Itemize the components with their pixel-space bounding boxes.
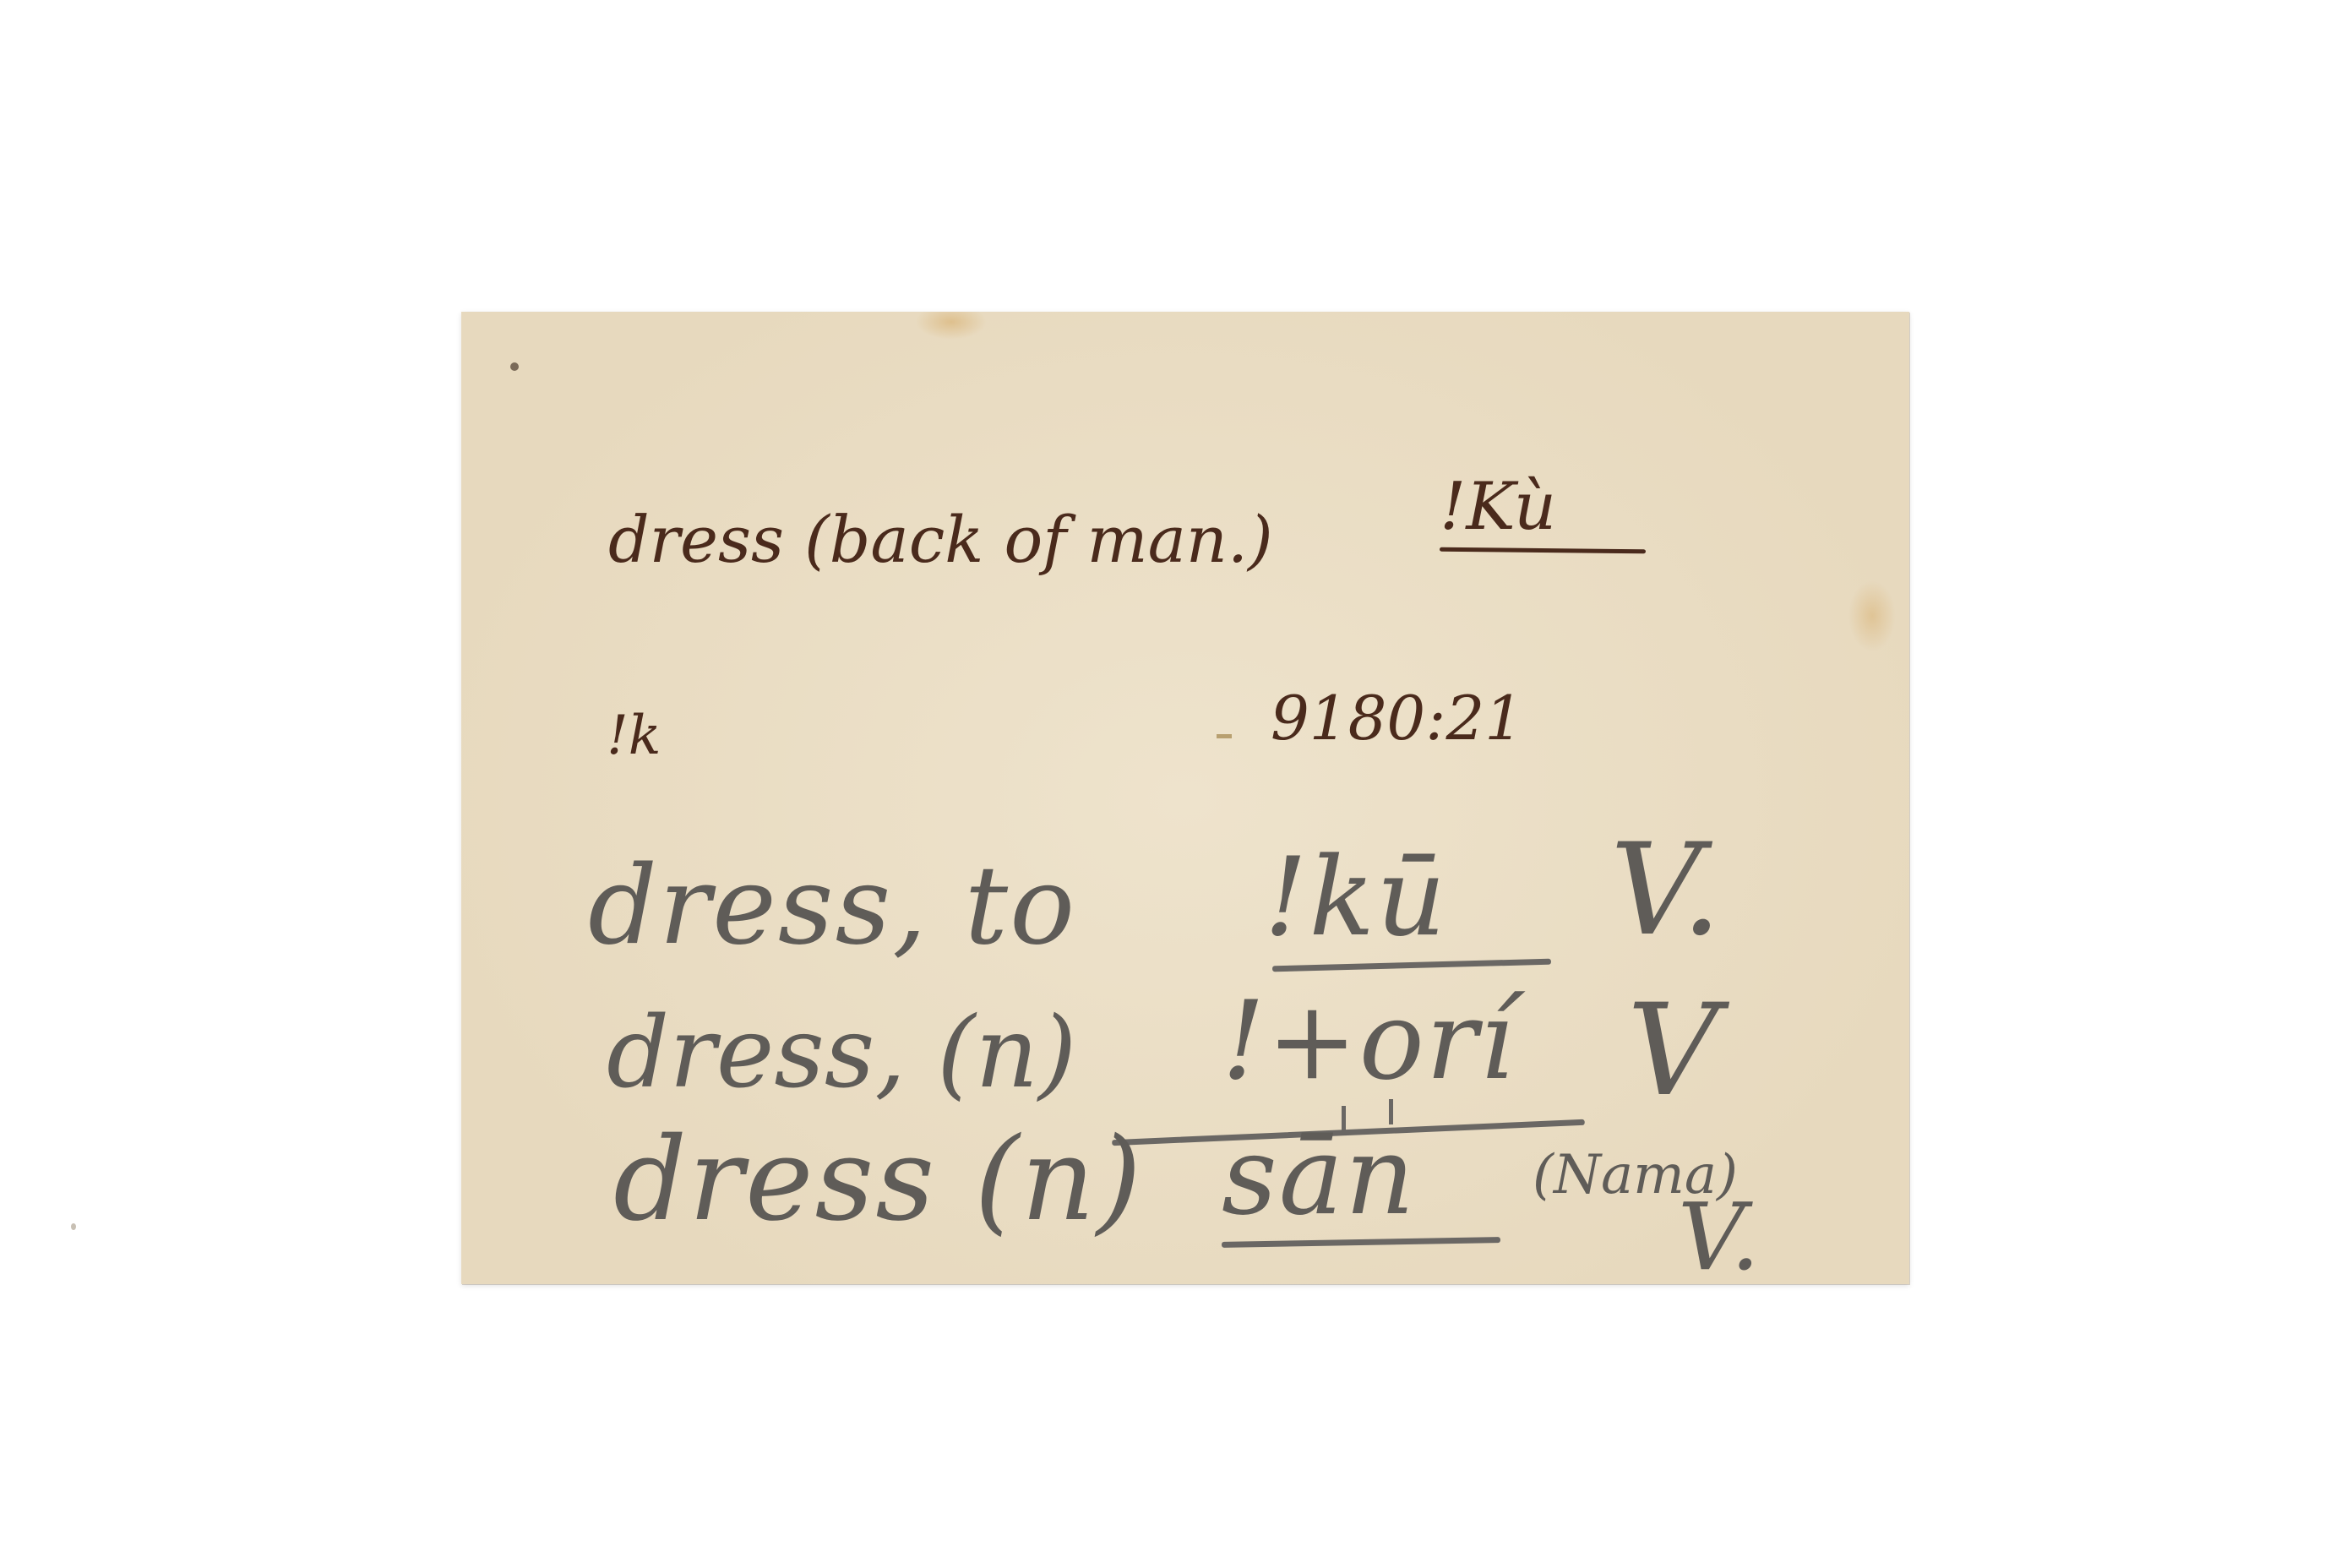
heading-term: dress (back of man.) (608, 508, 1273, 572)
heading-translation-underline (1440, 547, 1646, 554)
entry-word-underline (1272, 959, 1551, 972)
heading-translation: !Kù (1440, 474, 1556, 540)
language-code: !k (607, 709, 661, 763)
index-card: dress (back of man.) !Kù !k 9180:21 dres… (461, 312, 1909, 1284)
entry-word: !+orí (1222, 988, 1516, 1096)
background-speck (71, 1223, 76, 1230)
entry-word: sān (1222, 1123, 1416, 1231)
check-mark: V (1627, 988, 1720, 1114)
entry-english: dress (n) (613, 1123, 1143, 1238)
entry-english: dress, to (588, 852, 1076, 961)
check-mark: V. (1678, 1190, 1761, 1283)
paper-blemish (510, 362, 519, 371)
pencil-dash (1217, 734, 1232, 738)
entry-word: !kū (1264, 844, 1447, 952)
entry-english: dress, (n) (607, 1004, 1076, 1102)
check-mark: V. (1610, 827, 1723, 954)
reference-number: 9180:21 (1271, 688, 1523, 749)
